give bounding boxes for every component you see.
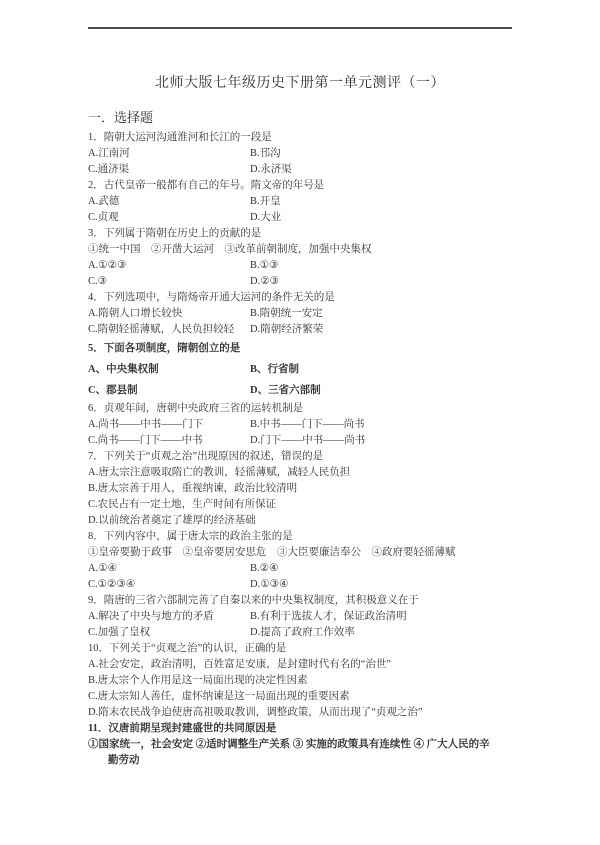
question-stem: 5．下面各项制度，隋朝创立的是	[88, 338, 512, 359]
option-c: C.尚书——门下——中书	[88, 433, 250, 449]
section-heading: 一．选择题	[88, 109, 512, 126]
option-c: C.通济渠	[88, 162, 250, 178]
option-row: C.通济渠 D.永济渠	[88, 162, 512, 178]
option-c: C.隋朝轻徭薄赋，人民负担较轻	[88, 322, 250, 338]
option-d: D.隋末农民战争迫使唐高祖吸取教训，调整政策，从而出现了“贞观之治”	[88, 705, 512, 721]
question-3: 3．下列属于隋朝在历史上的贡献的是 ①统一中国 ②开凿大运河 ③改革前朝制度，加…	[88, 226, 512, 290]
option-row: C.尚书——门下——中书 D.门下——中书——尚书	[88, 433, 512, 449]
option-a: A.社会安定，政治清明，百姓富足安康，是封建时代有名的“治世”	[88, 657, 512, 673]
option-b: B.唐太宗善于用人，重视纳谏，政治比较清明	[88, 481, 512, 497]
document-page: 北师大版七年级历史下册第一单元测评（一） 一．选择题 1．隋朝大运河沟通淮河和长…	[0, 0, 600, 845]
option-row: A.江南河 B.邗沟	[88, 146, 512, 162]
option-c: C.③	[88, 274, 250, 290]
question-stem: 9．隋唐的三省六部制完善了自秦以来的中央集权制度，其积极意义在于	[88, 593, 512, 609]
document-content: 北师大版七年级历史下册第一单元测评（一） 一．选择题 1．隋朝大运河沟通淮河和长…	[88, 74, 512, 769]
option-b: B、行省制	[250, 359, 512, 380]
question-10: 10．下列关于“贞观之治”的认识，正确的是 A.社会安定，政治清明，百姓富足安康…	[88, 641, 512, 721]
question-5: 5．下面各项制度，隋朝创立的是 A、中央集权制 B、行省制 C、郡县制 D、三省…	[88, 338, 512, 401]
option-d: D.以前统治者奠定了雄厚的经济基础	[88, 513, 512, 529]
option-b: B.邗沟	[250, 146, 512, 162]
option-row: A.①④ B.②④	[88, 561, 512, 577]
option-row: C.①②③④ D.①③④	[88, 577, 512, 593]
question-stem: 8．下列内容中，属于唐太宗的政治主张的是	[88, 529, 512, 545]
question-stem: 1．隋朝大运河沟通淮河和长江的一段是	[88, 130, 512, 146]
option-d: D.大业	[250, 210, 512, 226]
option-row: A、中央集权制 B、行省制	[88, 359, 512, 380]
option-b: B.②④	[250, 561, 512, 577]
option-d: D.隋朝经济繁荣	[250, 322, 512, 338]
question-items: ①统一中国 ②开凿大运河 ③改革前朝制度，加强中央集权	[88, 242, 512, 258]
question-stem: 7．下列关于“贞观之治”出现原因的叙述，错误的是	[88, 449, 512, 465]
top-border-line	[88, 27, 512, 29]
page-title: 北师大版七年级历史下册第一单元测评（一）	[88, 74, 512, 94]
option-c: C、郡县制	[88, 380, 250, 401]
option-row: C.贞观 D.大业	[88, 210, 512, 226]
question-items: ①皇帝要勤于政事 ②皇帝要居安思危 ③大臣要廉洁奉公 ④政府要轻徭薄赋	[88, 545, 512, 561]
option-row: C.加强了皇权 D.提高了政府工作效率	[88, 625, 512, 641]
option-d: D.门下——中书——尚书	[250, 433, 512, 449]
option-b: B.①③	[250, 258, 512, 274]
question-stem: 4．下列选项中，与隋炀帝开通大运河的条件无关的是	[88, 290, 512, 306]
option-d: D、三省六部制	[250, 380, 512, 401]
option-a: A.①④	[88, 561, 250, 577]
option-a: A.武德	[88, 194, 250, 210]
option-d: D.②③	[250, 274, 512, 290]
question-stem: 6．贞观年间，唐朝中央政府三省的运转机制是	[88, 401, 512, 417]
option-row: A.尚书——中书——门下 B.中书——门下——尚书	[88, 417, 512, 433]
option-row: C.隋朝轻徭薄赋，人民负担较轻 D.隋朝经济繁荣	[88, 322, 512, 338]
option-d: D.①③④	[250, 577, 512, 593]
question-6: 6．贞观年间，唐朝中央政府三省的运转机制是 A.尚书——中书——门下 B.中书—…	[88, 401, 512, 449]
question-11: 11．汉唐前期呈现封建盛世的共同原因是 ①国家统一，社会安定 ②适时调整生产关系…	[88, 721, 512, 769]
option-a: A.解决了中央与地方的矛盾	[88, 609, 250, 625]
option-row: A.隋朝人口增长较快 B.隋朝统一安定	[88, 306, 512, 322]
option-a: A.尚书——中书——门下	[88, 417, 250, 433]
option-d: D.永济渠	[250, 162, 512, 178]
option-a: A.①②③	[88, 258, 250, 274]
question-2: 2．古代皇帝一般都有自己的年号。隋文帝的年号是 A.武德 B.开皇 C.贞观 D…	[88, 178, 512, 226]
option-c: C.农民占有一定土地，生产时间有所保证	[88, 497, 512, 513]
option-row: A.武德 B.开皇	[88, 194, 512, 210]
option-row: A.解决了中央与地方的矛盾 B.有利于选拔人才，保证政治清明	[88, 609, 512, 625]
option-c: C.唐太宗知人善任，虚怀纳谏是这一局面出现的重要因素	[88, 689, 512, 705]
option-a: A.江南河	[88, 146, 250, 162]
question-8: 8．下列内容中，属于唐太宗的政治主张的是 ①皇帝要勤于政事 ②皇帝要居安思危 ③…	[88, 529, 512, 593]
option-c: C.贞观	[88, 210, 250, 226]
option-b: B.隋朝统一安定	[250, 306, 512, 322]
option-b: B.有利于选拔人才，保证政治清明	[250, 609, 512, 625]
question-stem: 3．下列属于隋朝在历史上的贡献的是	[88, 226, 512, 242]
question-9: 9．隋唐的三省六部制完善了自秦以来的中央集权制度，其积极意义在于 A.解决了中央…	[88, 593, 512, 641]
question-stem: 11．汉唐前期呈现封建盛世的共同原因是	[88, 721, 512, 737]
option-b: B.唐太宗个人作用是这一局面出现的决定性因素	[88, 673, 512, 689]
question-items: ①国家统一，社会安定 ②适时调整生产关系 ③ 实施的政策具有连续性 ④ 广大人民…	[88, 737, 512, 753]
question-7: 7．下列关于“贞观之治”出现原因的叙述，错误的是 A.唐太宗注意吸取隋亡的教训，…	[88, 449, 512, 529]
option-a: A、中央集权制	[88, 359, 250, 380]
option-row: C、郡县制 D、三省六部制	[88, 380, 512, 401]
option-row: A.①②③ B.①③	[88, 258, 512, 274]
question-4: 4．下列选项中，与隋炀帝开通大运河的条件无关的是 A.隋朝人口增长较快 B.隋朝…	[88, 290, 512, 338]
option-d: D.提高了政府工作效率	[250, 625, 512, 641]
question-stem: 2．古代皇帝一般都有自己的年号。隋文帝的年号是	[88, 178, 512, 194]
option-c: C.加强了皇权	[88, 625, 250, 641]
question-items-wrap: 勤劳动	[88, 753, 512, 769]
option-c: C.①②③④	[88, 577, 250, 593]
option-a: A.唐太宗注意吸取隋亡的教训，轻徭薄赋，减轻人民负担	[88, 465, 512, 481]
option-b: B.开皇	[250, 194, 512, 210]
option-b: B.中书——门下——尚书	[250, 417, 512, 433]
question-1: 1．隋朝大运河沟通淮河和长江的一段是 A.江南河 B.邗沟 C.通济渠 D.永济…	[88, 130, 512, 178]
option-row: C.③ D.②③	[88, 274, 512, 290]
question-stem: 10．下列关于“贞观之治”的认识，正确的是	[88, 641, 512, 657]
option-a: A.隋朝人口增长较快	[88, 306, 250, 322]
